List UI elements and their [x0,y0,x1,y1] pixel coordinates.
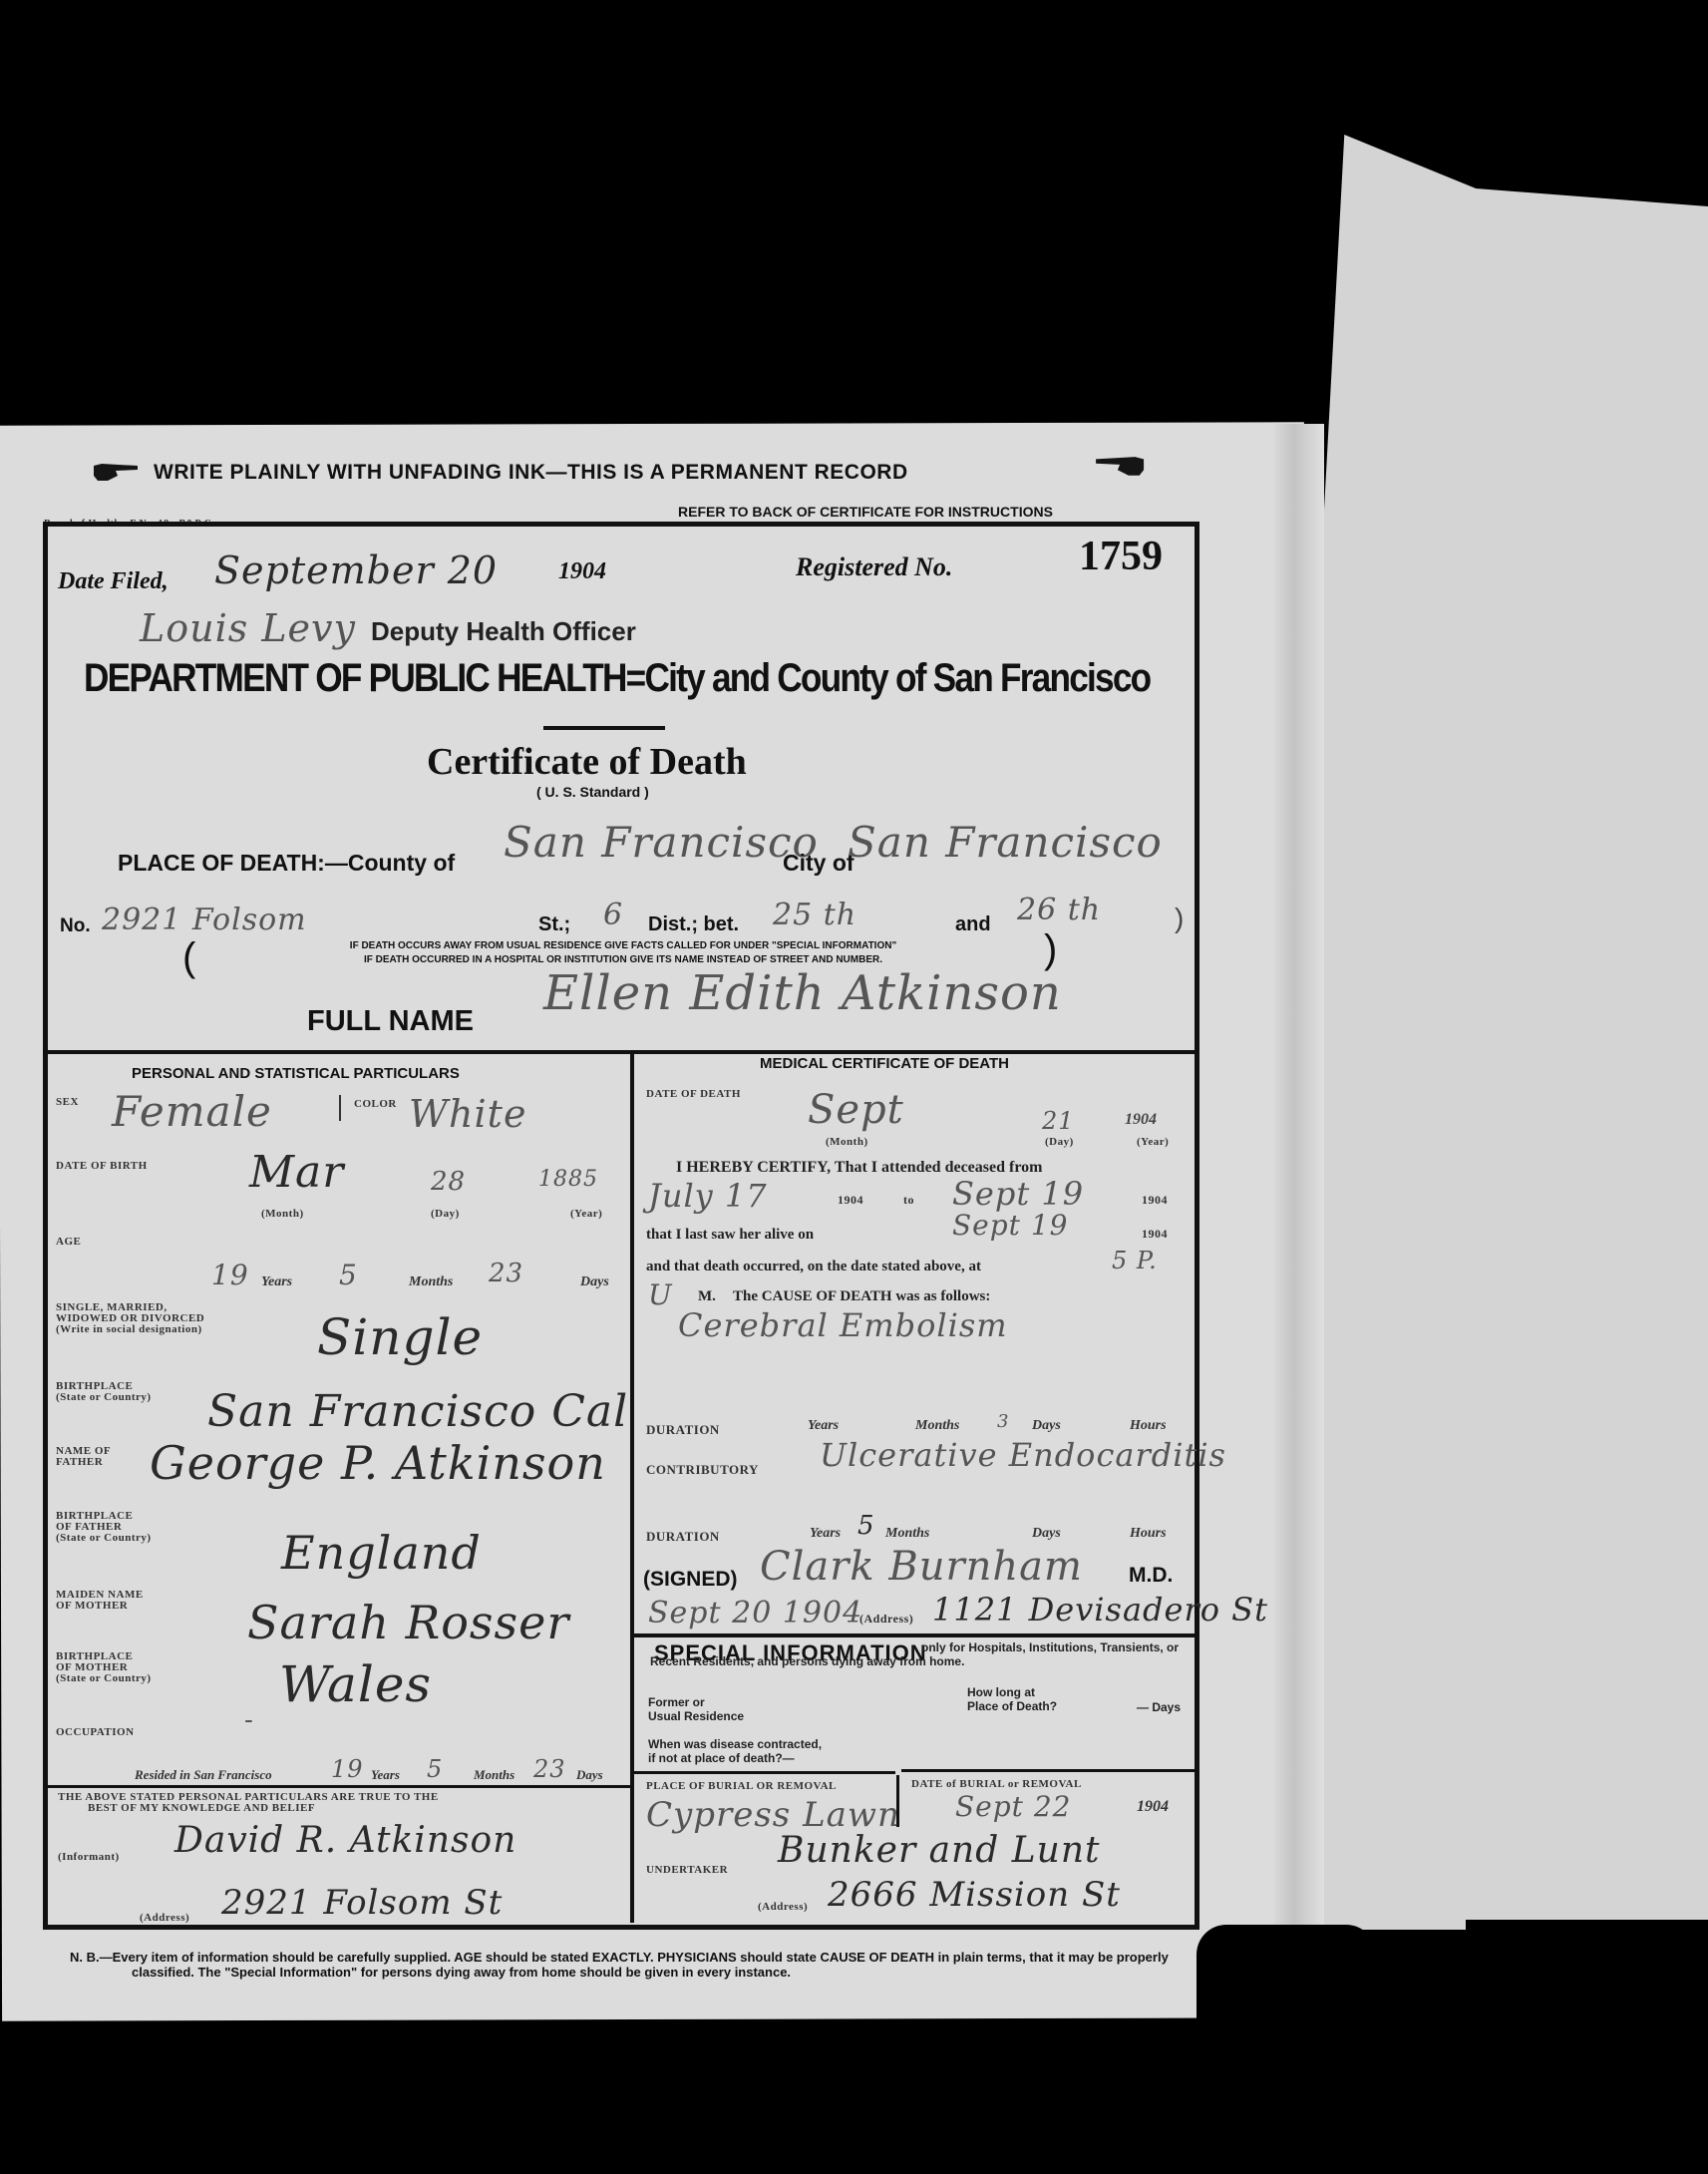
resided-label: Resided in San Francisco [135,1767,272,1783]
former-label-line2: Usual Residence [648,1709,744,1723]
full-name-label: FULL NAME [307,1005,474,1038]
last-saw-value: Sept 19 [952,1209,1068,1242]
place-of-death-label: PLACE OF DEATH:—County of [118,850,455,877]
duration-2-hours: Hours [1130,1526,1167,1542]
duration-1-hours: Hours [1130,1418,1167,1434]
time-meridiem-value: U [648,1278,673,1311]
age-days: 23 [489,1259,523,1288]
scan-shadow [1196,1925,1376,2174]
mother-label: MAIDEN NAME OF MOTHER [56,1590,144,1612]
time-value: 5 P. [1112,1247,1158,1274]
adjacent-page [1321,135,1708,1930]
occurred-text: and that death occurred, on the date sta… [646,1259,981,1275]
age-days-caption: Days [580,1274,609,1290]
registered-label: Registered No. [796,552,952,582]
resided-years-caption: Years [371,1767,400,1783]
duration-1-days: Days [1032,1418,1061,1434]
ink-warning: WRITE PLAINLY WITH UNFADING INK—THIS IS … [154,461,908,485]
us-standard: ( U. S. Standard ) [536,784,649,800]
mother-label-line2: OF MOTHER [56,1601,144,1612]
cause-value: Cerebral Embolism [678,1306,1008,1344]
paren-close-2: ) [1044,929,1057,969]
burial-date-label: DATE of BURIAL or REMOVAL [911,1779,1082,1790]
resided-years: 19 [331,1755,364,1783]
personal-heading: PERSONAL AND STATISTICAL PARTICULARS [132,1065,460,1082]
mother-value: Sarah Rosser [247,1596,569,1649]
dob-month-caption: (Month) [261,1209,304,1220]
color-value: White [409,1092,526,1136]
between-street-2: 26 th [1017,893,1101,927]
age-months-caption: Months [409,1274,453,1290]
former-label-line1: Former or [648,1695,744,1709]
burial-divider-right [901,1769,1196,1772]
last-saw-year: 1904 [1142,1229,1168,1240]
date-filed-year: 1904 [558,558,606,585]
duration-2-days: Days [1032,1526,1061,1542]
special-subheading: only for Hospitals, Institutions, Transi… [650,1640,1194,1668]
dod-day-caption: (Day) [1045,1137,1074,1148]
contracted-label: When was disease contracted, if not at p… [648,1737,822,1765]
age-label: AGE [56,1237,81,1248]
duration-1-label: DURATION [646,1424,720,1435]
residence-note-line1: IF DEATH OCCURS AWAY FROM USUAL RESIDENC… [204,939,1042,953]
dob-month: Mar [249,1147,344,1198]
father-value: George P. Atkinson [150,1436,606,1490]
duration-1-months: Months [915,1418,959,1434]
attended-to: Sept 19 [952,1175,1084,1213]
resided-days: 23 [533,1755,566,1783]
street-value: 2921 Folsom [102,903,307,937]
how-long-label: How long at Place of Death? [967,1685,1057,1713]
md-label: M.D. [1129,1564,1173,1588]
dod-month-caption: (Month) [826,1137,868,1148]
full-name-value: Ellen Edith Atkinson [543,965,1062,1021]
father-label-line2: FATHER [56,1457,111,1468]
days-label: — Days [1137,1700,1181,1714]
occupation-label: OCCUPATION [56,1727,135,1738]
undertaker-address-label: (Address) [758,1902,808,1913]
certificate-title: Certificate of Death [427,740,747,784]
title-divider [543,726,665,730]
refer-note: REFER TO BACK OF CERTIFICATE FOR INSTRUC… [678,504,1053,520]
last-saw-text: that I last saw her alive on [646,1227,814,1244]
resided-months-caption: Months [474,1767,514,1783]
signed-label: (SIGNED) [643,1568,738,1592]
father-birthplace-label: BIRTHPLACE OF FATHER (State or Country) [56,1511,152,1544]
registered-number: 1759 [1079,533,1163,580]
age-years-caption: Years [261,1274,292,1290]
contributory-value: Ulcerative Endocarditis [820,1436,1226,1474]
medical-heading: MEDICAL CERTIFICATE OF DEATH [760,1055,1009,1072]
contracted-label-line1: When was disease contracted, [648,1737,822,1751]
burial-place-label: PLACE OF BURIAL OR REMOVAL [646,1781,837,1792]
dod-day: 21 [1042,1107,1075,1135]
sex-label: SEX [56,1097,79,1108]
burial-place-value: Cypress Lawn [646,1795,900,1835]
father-bp-label-line3: (State or Country) [56,1533,152,1544]
father-birthplace-value: England [281,1526,482,1580]
physician-address-value: 1121 Devisadero St [932,1591,1268,1629]
birthplace-label: BIRTHPLACE (State or Country) [56,1381,152,1403]
informant-address-label: (Address) [140,1913,189,1924]
how-long-label-line1: How long at [967,1685,1057,1699]
paren-close: ) [1175,903,1184,934]
district-value: 6 [603,898,623,932]
between-street-1: 25 th [773,898,856,932]
duration-2-months: Months [885,1526,929,1542]
county-value: San Francisco [504,818,819,867]
duration-1-days-value: 3 [997,1411,1009,1432]
burial-date-value: Sept 22 [955,1790,1071,1823]
undertaker-value: Bunker and Lunt [778,1830,1100,1871]
st-label: St.; [538,913,570,936]
dob-year-caption: (Year) [570,1209,602,1220]
contracted-label-line2: if not at place of death?— [648,1751,822,1765]
dod-year-caption: (Year) [1137,1137,1169,1148]
contributory-label: CONTRIBUTORY [646,1464,759,1475]
and-label: and [955,913,991,936]
special-divider [632,1633,1196,1637]
informant-statement-line2: BEST OF MY KNOWLEDGE AND BELIEF [58,1803,439,1814]
attended-to-year: 1904 [1142,1195,1168,1206]
to-label: to [903,1195,914,1206]
father-label: NAME OF FATHER [56,1446,111,1468]
dob-day-caption: (Day) [431,1209,460,1220]
officer-title: Deputy Health Officer [371,616,636,647]
dist-label: Dist.; bet. [648,913,739,936]
sex-color-divider [339,1095,341,1121]
dod-year: 1904 [1125,1111,1157,1129]
burial-date-year: 1904 [1137,1798,1169,1816]
signed-value: Clark Burnham [760,1544,1083,1590]
how-long-label-line2: Place of Death? [967,1699,1057,1713]
burial-divider-left [632,1771,895,1774]
sex-value: Female [112,1087,272,1136]
section-divider [48,1050,1196,1054]
residence-note: IF DEATH OCCURS AWAY FROM USUAL RESIDENC… [204,939,1042,967]
marital-label: SINGLE, MARRIED, WIDOWED OR DIVORCED (Wr… [56,1302,204,1335]
birthplace-value: San Francisco Cal [207,1386,628,1437]
signed-date: Sept 20 1904 [648,1596,862,1630]
city-label: City of [783,850,854,877]
scan-shadow-right [1466,1920,1708,2174]
column-divider [630,1052,634,1923]
birthplace-label-line2: (State or Country) [56,1392,152,1403]
attended-from: July 17 [648,1177,768,1215]
dob-year: 1885 [538,1167,598,1192]
paren-open: ( [182,937,195,977]
mother-bp-label-line3: (State or Country) [56,1673,152,1684]
date-filed-value: September 20 [214,548,498,592]
footer-note: N. B.—Every item of information should b… [70,1950,1218,1980]
dod-label: DATE OF DEATH [646,1089,741,1100]
pointing-hand-left-icon [92,462,142,484]
dob-label: DATE OF BIRTH [56,1161,148,1172]
duration-2-years: Years [810,1526,841,1542]
binding-gutter [1274,424,1324,1980]
pointing-hand-right-icon [1089,455,1149,479]
resided-months: 5 [427,1755,443,1783]
marital-label-line3: (Write in social designation) [56,1324,204,1335]
marital-value: Single [317,1308,483,1366]
informant-label: (Informant) [58,1852,120,1863]
dod-month: Sept [808,1087,904,1133]
mother-birthplace-label: BIRTHPLACE OF MOTHER (State or Country) [56,1651,152,1684]
former-residence-label: Former or Usual Residence [648,1695,744,1723]
undertaker-label: UNDERTAKER [646,1865,728,1876]
age-months: 5 [339,1259,358,1291]
dob-day: 28 [431,1167,466,1197]
department-title: DEPARTMENT OF PUBLIC HEALTH=City and Cou… [84,656,1150,701]
duration-1-years: Years [808,1418,839,1434]
informant-address-value: 2921 Folsom St [221,1883,503,1923]
physician-address-label: (Address) [859,1614,913,1625]
age-years: 19 [211,1259,249,1291]
officer-signature: Louis Levy [140,606,356,650]
informant-divider [48,1785,630,1788]
city-value: San Francisco [848,818,1163,867]
mother-birthplace-value: Wales [279,1655,432,1713]
cause-text: The CAUSE OF DEATH was as follows: [733,1288,990,1305]
attended-from-year: 1904 [838,1195,863,1206]
meridiem-label: M. [698,1288,716,1305]
occupation-value: - [244,1705,254,1735]
informant-value: David R. Atkinson [174,1820,516,1861]
undertaker-address-value: 2666 Mission St [828,1875,1121,1915]
informant-statement: THE ABOVE STATED PERSONAL PARTICULARS AR… [58,1792,439,1814]
resided-days-caption: Days [576,1767,603,1783]
color-label: COLOR [354,1099,397,1110]
duration-2-months-value: 5 [857,1511,875,1541]
date-filed-label: Date Filed, [58,568,169,595]
street-no-label: No. [60,915,91,937]
duration-2-label: DURATION [646,1531,720,1542]
